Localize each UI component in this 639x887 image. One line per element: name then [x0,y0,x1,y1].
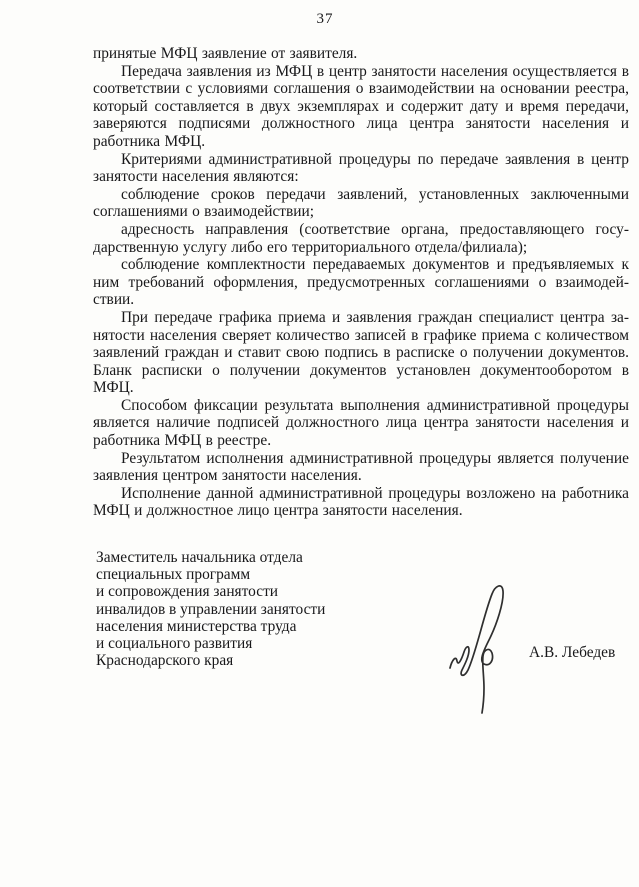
paragraph: соблюдение сроков передачи заявлений, ус… [93,186,629,221]
paragraph: адресность направления (соответствие орг… [93,221,629,256]
handwritten-signature-icon [438,576,528,718]
document-page: 37 принятые МФЦ заявление от заявителя. … [0,0,639,887]
signatory-title-line: специальных программ [96,566,396,583]
paragraph: Способом фиксации результата выполнения … [93,397,629,450]
paragraph: принятые МФЦ заявление от заявителя. [93,45,629,63]
signatory-title-block: Заместитель начальника отдела специальны… [96,549,396,669]
page-number: 37 [0,11,639,28]
paragraph: Исполнение данной административной проце… [93,485,629,520]
signatory-title-line: населения министерства труда [96,618,396,635]
document-body: принятые МФЦ заявление от заявителя. Пер… [93,45,629,520]
paragraph: Передача заявления из МФЦ в центр занято… [93,63,629,151]
signatory-title-line: инвалидов в управлении занятости [96,601,396,618]
paragraph: При передаче графика приема и заявления … [93,309,629,397]
paragraph: соблюдение комплектности передаваемых до… [93,256,629,309]
signatory-title-line: и социального развития [96,635,396,652]
paragraph: Результатом исполнения административной … [93,450,629,485]
signatory-name: А.В. Лебедев [529,644,615,662]
paragraph: Критериями административной процедуры по… [93,151,629,186]
signatory-title-line: и сопровождения занятости [96,583,396,600]
signatory-title-line: Краснодарского края [96,652,396,669]
signatory-title-line: Заместитель начальника отдела [96,549,396,566]
